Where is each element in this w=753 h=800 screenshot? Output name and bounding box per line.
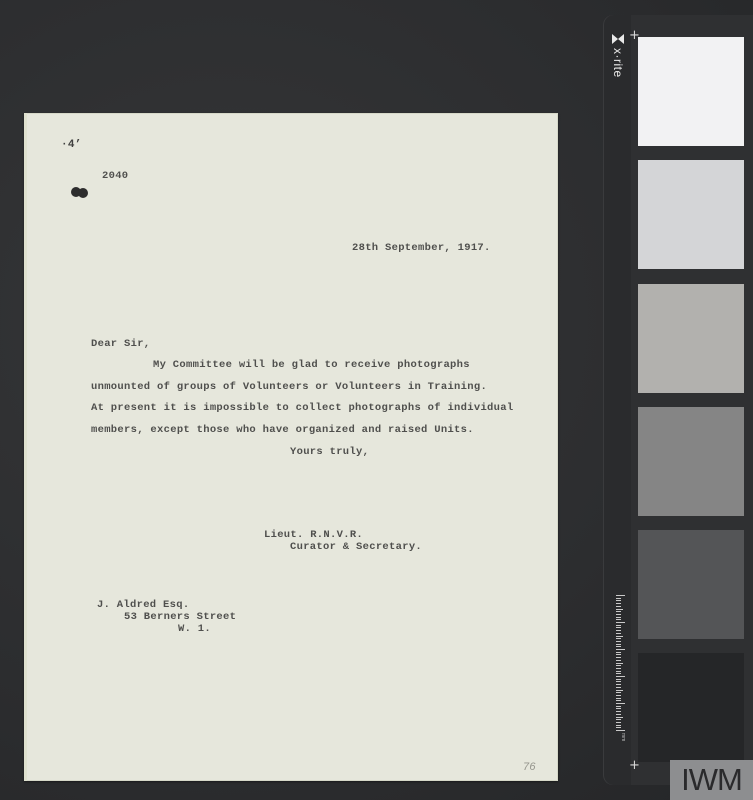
brand-label: x·rite xyxy=(611,48,625,78)
ruler-tick xyxy=(616,665,621,666)
color-calibration-chart: x·rite + + mm xyxy=(603,15,753,785)
ruler-tick xyxy=(616,711,621,712)
ruler-tick xyxy=(616,673,621,674)
ruler-tick xyxy=(616,700,621,701)
ruler-tick xyxy=(616,684,621,685)
swatch-black xyxy=(638,653,744,762)
ruler-tick xyxy=(616,681,621,682)
ruler-tick xyxy=(616,606,621,607)
mm-ruler xyxy=(616,595,626,730)
xrite-logo-icon xyxy=(612,33,624,45)
swatch-mid-gray xyxy=(638,407,744,516)
ruler-tick xyxy=(616,676,625,677)
ruler-tick xyxy=(616,598,621,599)
signature-line: Curator & Secretary. xyxy=(290,541,422,553)
ruler-tick xyxy=(616,714,621,715)
ruler-tick xyxy=(616,719,621,720)
swatch-light-gray xyxy=(638,160,744,269)
ruler-tick xyxy=(616,668,621,669)
xrite-logo: x·rite xyxy=(611,33,627,78)
ruler-tick xyxy=(616,725,621,726)
ruler-tick xyxy=(616,625,621,626)
closing: Yours truly, xyxy=(290,446,369,458)
ruler-tick xyxy=(616,609,623,610)
body-line: members, except those who have organized… xyxy=(91,424,474,436)
ruler-tick xyxy=(616,692,621,693)
swatch-dark-gray xyxy=(638,530,744,639)
ruler-tick xyxy=(616,595,625,596)
ruler-tick xyxy=(616,671,621,672)
ruler-tick xyxy=(616,600,621,601)
swatch-white xyxy=(638,37,744,146)
ruler-tick xyxy=(616,611,621,612)
ruler-tick xyxy=(616,603,621,604)
ruler-tick xyxy=(616,660,621,661)
signature-line: Lieut. R.N.V.R. xyxy=(264,529,363,541)
body-line: My Committee will be glad to receive pho… xyxy=(153,359,470,371)
ruler-tick xyxy=(616,687,621,688)
ruler-tick xyxy=(616,619,621,620)
handwritten-mark: ·4’ xyxy=(61,139,82,151)
ruler-tick xyxy=(616,644,621,645)
ruler-tick xyxy=(616,679,621,680)
body-line: At present it is impossible to collect p… xyxy=(91,402,513,414)
ruler-tick xyxy=(616,706,621,707)
ruler-tick xyxy=(616,617,621,618)
ruler-tick xyxy=(616,730,625,731)
ruler-tick xyxy=(616,641,621,642)
ruler-tick xyxy=(616,630,621,631)
recipient-line: 53 Berners Street xyxy=(124,611,236,623)
ruler-tick xyxy=(616,638,621,639)
ruler-tick xyxy=(616,654,621,655)
ruler-tick xyxy=(616,614,621,615)
ruler-tick xyxy=(616,622,625,623)
ruler-tick xyxy=(616,657,621,658)
letter-page: ·4’ 2040 28th September, 1917. Dear Sir,… xyxy=(24,113,558,781)
ruler-tick xyxy=(616,708,621,709)
recipient-line: J. Aldred Esq. xyxy=(97,599,189,611)
ruler-tick xyxy=(616,646,621,647)
ruler-tick xyxy=(616,627,621,628)
reference-number: 2040 xyxy=(102,170,128,182)
ruler-tick xyxy=(616,636,623,637)
swatch-mid-light-gray xyxy=(638,284,744,393)
page-number: 76 xyxy=(523,761,536,773)
ruler-tick xyxy=(616,717,623,718)
ruler-tick xyxy=(616,722,621,723)
ruler-tick xyxy=(616,698,621,699)
letter-date: 28th September, 1917. xyxy=(352,242,491,254)
ruler-unit-label: mm xyxy=(620,733,626,741)
ruler-tick xyxy=(616,727,621,728)
paper-edge xyxy=(24,113,27,781)
body-line: unmounted of groups of Volunteers or Vol… xyxy=(91,381,487,393)
ruler-tick xyxy=(616,652,621,653)
ruler-tick xyxy=(616,690,623,691)
ruler-tick xyxy=(616,695,621,696)
iwm-watermark: IWM xyxy=(670,760,753,800)
ruler-tick xyxy=(616,633,621,634)
recipient-line: W. 1. xyxy=(178,623,211,635)
ruler-tick xyxy=(616,703,625,704)
ruler-tick xyxy=(616,649,625,650)
salutation: Dear Sir, xyxy=(91,338,150,350)
ink-blot-icon xyxy=(71,187,89,198)
ruler-tick xyxy=(616,663,623,664)
